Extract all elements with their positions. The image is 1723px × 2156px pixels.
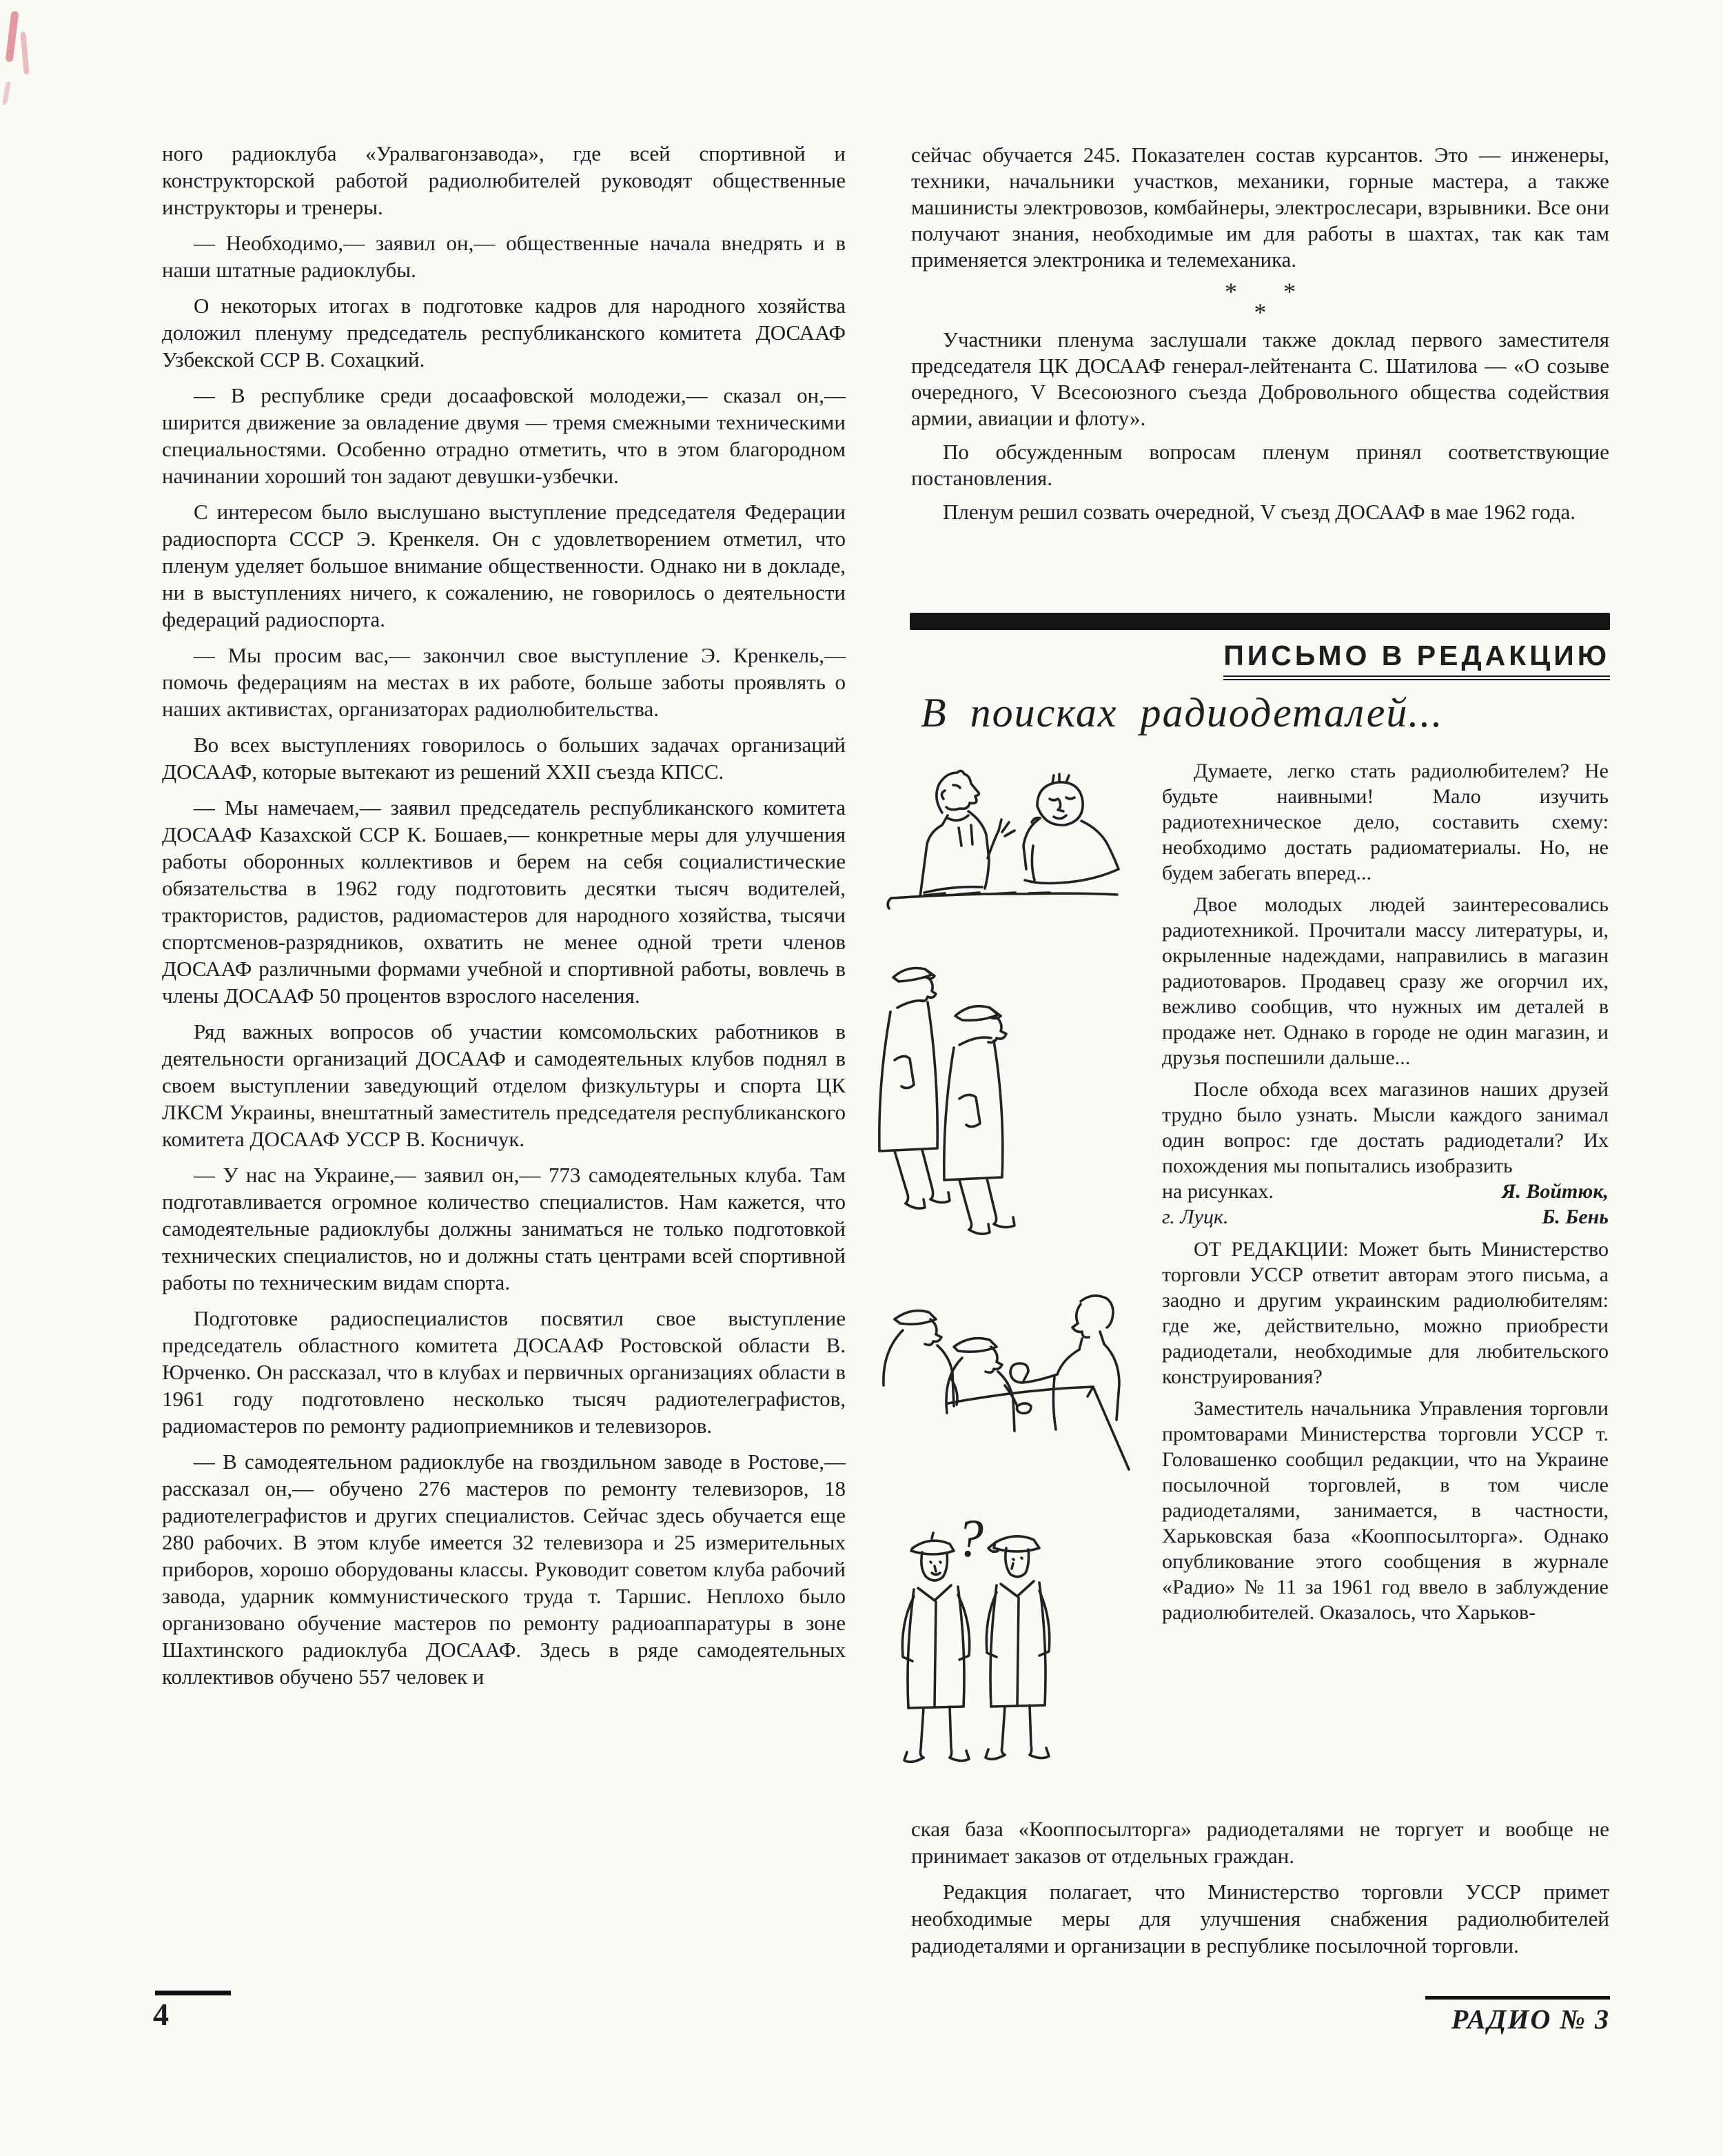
asterisk-separator: * * * (911, 281, 1609, 323)
signature-author: Б. Бень (1542, 1204, 1609, 1230)
scan-artifact-red-mark (20, 32, 29, 74)
article-paragraph: Во всех выступлениях говорилось о больши… (162, 731, 846, 785)
article-paragraph: Подготовке радиоспециалистов посвятил св… (162, 1305, 846, 1439)
article-paragraph: сейчас обучается 245. Показателен состав… (911, 142, 1609, 273)
signature-author: Я. Войтюк, (1502, 1179, 1609, 1204)
signature-city: г. Луцк. (1162, 1204, 1228, 1230)
article-paragraph: Ряд важных вопросов об участии комсомоль… (162, 1018, 846, 1152)
two-men-walking-sketch (874, 950, 1031, 1254)
scan-artifact-red-mark (6, 11, 19, 63)
letter-paragraph: Двое молодых людей заинтересовались ради… (1162, 892, 1609, 1070)
article-right-rest: Участники пленума заслушали также доклад… (911, 327, 1609, 525)
scan-artifact-red-mark (2, 81, 11, 105)
article-paragraph: — В самодеятельном радиоклубе на гвоздил… (162, 1448, 846, 1690)
section-divider-bar (910, 613, 1610, 630)
letter-paragraph: Думаете, легко стать радиолюбителем? Не … (1162, 758, 1609, 886)
article-paragraph: По обсужденным вопросам пленум принял со… (911, 439, 1609, 491)
letter-paragraph: После обхода всех магазинов наших друзей… (1162, 1077, 1609, 1179)
section-heading-wrap: ПИСЬМО В РЕДАКЦИЮ (910, 640, 1610, 680)
two-men-question-sketch: ? (882, 1508, 1092, 1782)
section-heading: ПИСЬМО В РЕДАКЦИЮ (1223, 640, 1610, 680)
article-paragraph: — Мы просим вас,— закончил свое выступле… (162, 642, 846, 722)
journal-footer: РАДИО № 3 (1396, 2003, 1610, 2035)
letter-title: В поисках радиодеталей... (921, 689, 1610, 737)
article-paragraph: О некоторых итогах в подготовке кадров д… (162, 292, 846, 373)
svg-text:?: ? (957, 1508, 983, 1568)
signature-row: г. Луцк. Б. Бень (1162, 1204, 1609, 1230)
editor-note: ОТ РЕДАКЦИИ: Может быть Министерство тор… (1162, 1237, 1609, 1625)
letter-paragraph: Редакция полагает, что Министерство торг… (911, 1878, 1609, 1959)
article-paragraph: — У нас на Украине,— заявил он,— 773 сам… (162, 1161, 846, 1296)
two-friends-at-table-sketch (884, 755, 1124, 919)
article-paragraph: — Необходимо,— заявил он,— общественные … (162, 230, 846, 283)
editor-note-paragraph: ОТ РЕДАКЦИИ: Может быть Министерство тор… (1162, 1237, 1609, 1390)
article-paragraph: ного радиоклуба «Уралвагонзавода», где в… (162, 140, 846, 221)
separator-line: * (911, 302, 1609, 323)
shop-refusal-sketch (882, 1288, 1150, 1489)
journal-footer-rule (1425, 1996, 1610, 2000)
article-right-column: сейчас обучается 245. Показателен состав… (911, 142, 1609, 525)
letter-text-column: Думаете, легко стать радиолюбителем? Не … (1162, 758, 1609, 1625)
article-paragraph: — Мы намечаем,— заявил председатель респ… (162, 794, 846, 1009)
signature-row: на рисунках. Я. Войтюк, (1162, 1179, 1609, 1204)
letter-paragraph: ская база «Кооппосылторга» радиодеталями… (911, 1816, 1609, 1869)
article-paragraph: — В республике среди досаафовской молоде… (162, 382, 846, 489)
letter-bottom-column: ская база «Кооппосылторга» радиодеталями… (911, 1816, 1609, 1959)
magazine-page-scan: ного радиоклуба «Уралвагонзавода», где в… (0, 0, 1723, 2156)
letter-body: Думаете, легко стать радиолюбителем? Не … (1162, 758, 1609, 1179)
signature-left: на рисунках. (1162, 1179, 1274, 1204)
editor-note-paragraph: Заместитель начальника Управления торгов… (1162, 1396, 1609, 1625)
article-right-intro: сейчас обучается 245. Показателен состав… (911, 142, 1609, 273)
article-paragraph: Участники пленума заслушали также доклад… (911, 327, 1609, 431)
page-number: 4 (153, 1996, 169, 2033)
article-paragraph: Пленум решил созвать очередной, V съезд … (911, 499, 1609, 525)
article-left-column: ного радиоклуба «Уралвагонзавода», где в… (162, 140, 846, 1690)
article-paragraph: С интересом было выслушано выступление п… (162, 498, 846, 633)
page-number-rule (155, 1991, 231, 1995)
